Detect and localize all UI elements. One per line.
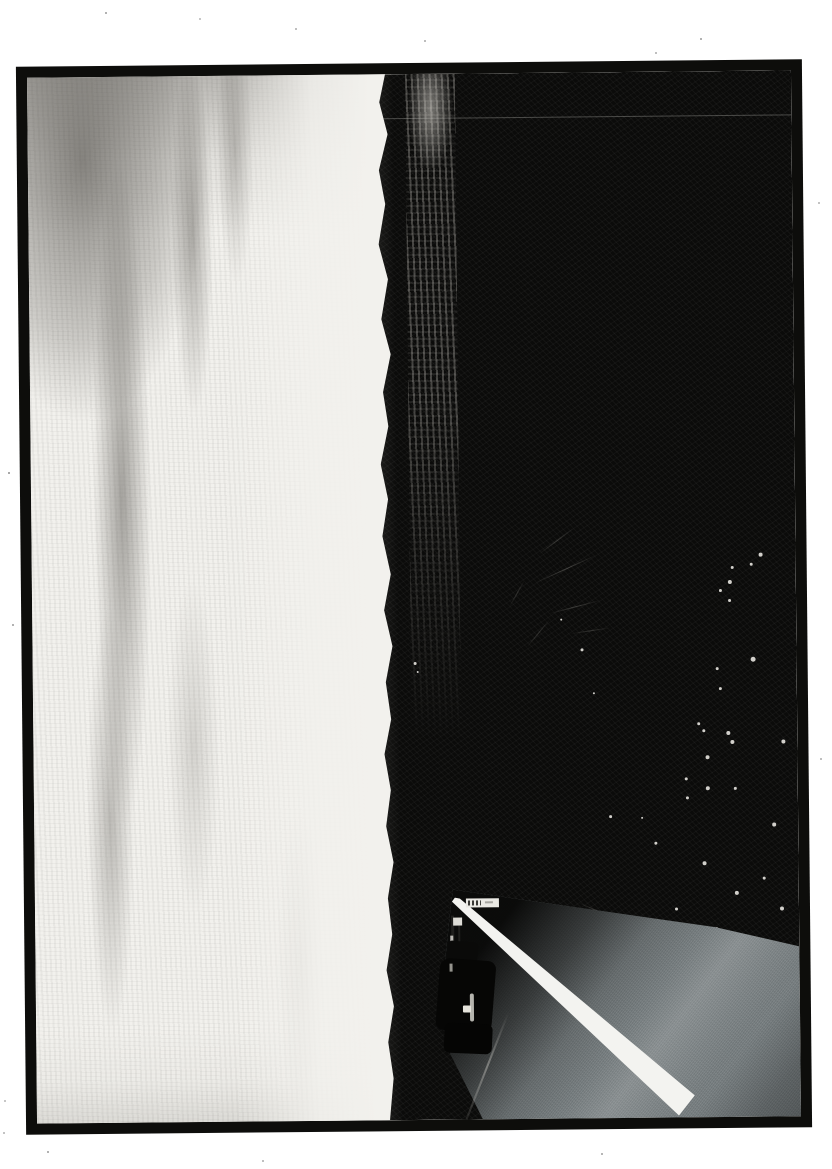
grass-scratch (549, 600, 602, 615)
vehicle-lower-mass (444, 1022, 493, 1054)
grass-scratch (570, 627, 610, 634)
scanned-page (0, 0, 832, 1169)
road-sign (466, 898, 499, 907)
vehicle-body (435, 957, 496, 1033)
road-sign-faint-mark (485, 901, 493, 903)
grass-scratch (538, 528, 574, 555)
grass-scratch (527, 619, 551, 647)
vehicle-glint (463, 1005, 471, 1012)
photo-frame (16, 59, 812, 1134)
page-dust-specks (0, 0, 2, 2)
photograph (27, 70, 801, 1123)
small-sign-panel (453, 918, 462, 926)
grass-scratch (509, 580, 525, 607)
road-sign-text-marks (468, 900, 481, 905)
grass-scratch (535, 554, 597, 583)
vehicle-glint (450, 964, 453, 972)
